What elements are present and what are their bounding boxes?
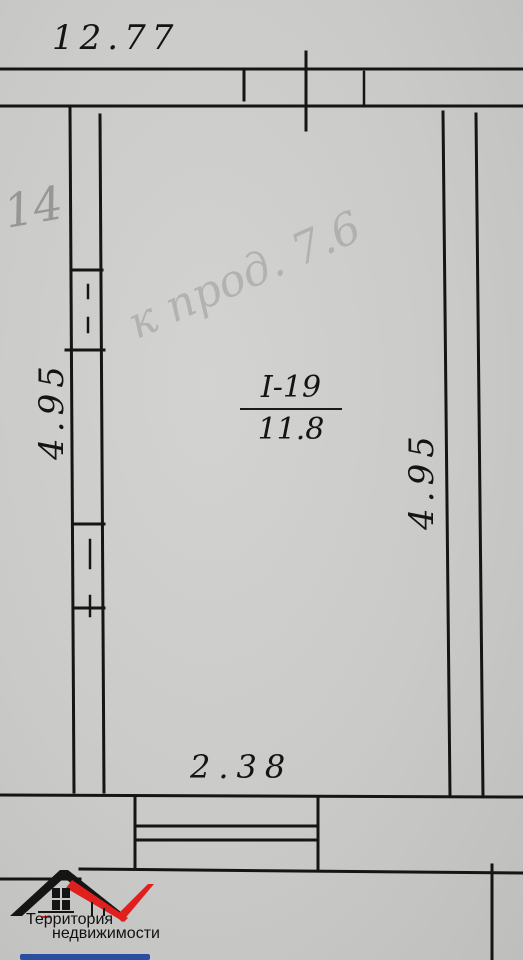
watermark-line2: недвижимости — [26, 927, 160, 941]
room-number: I-19 — [236, 370, 346, 406]
dimension-top: 12.77 — [52, 18, 179, 58]
pencil-room-number: 14 — [0, 175, 67, 238]
dimension-right: 4.95 — [402, 420, 442, 540]
floor-plan-drawing — [0, 0, 523, 960]
watermark-text: Территория недвижимости — [26, 913, 160, 941]
room-area: 11.8 — [236, 412, 346, 448]
fraction-line — [240, 408, 342, 410]
blue-tape-strip — [20, 954, 150, 960]
room-label: I-19 11.8 — [236, 370, 346, 448]
dimension-bottom: 2.38 — [190, 748, 293, 786]
dimension-left: 4.95 — [32, 350, 72, 470]
